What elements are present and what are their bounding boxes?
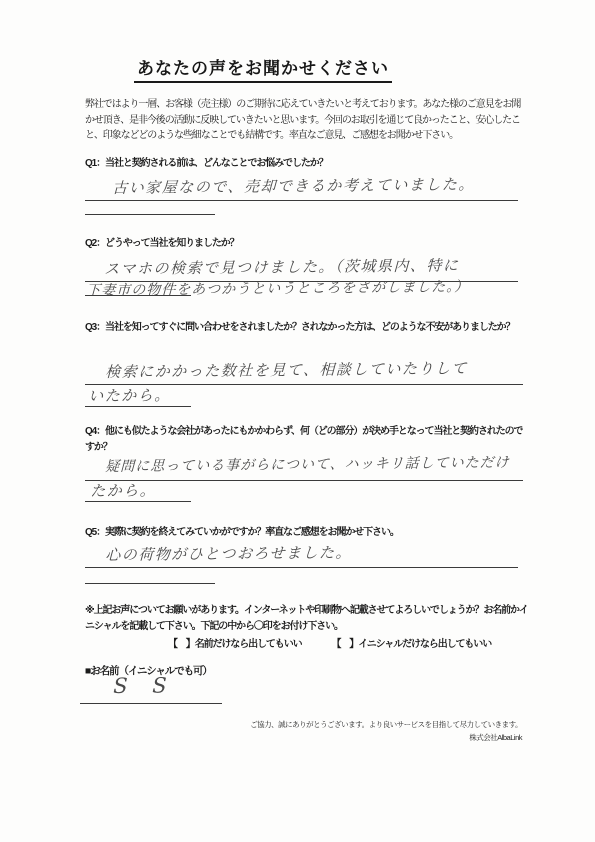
name-handwriting: S S <box>113 673 176 698</box>
answer-line <box>85 200 518 201</box>
question-label-q4: Q4：他にも似たような会社があったにもかかわらず、何（どの部分）が決め手となって… <box>85 424 529 455</box>
page-title: あなたの声をお聞かせください <box>134 54 392 83</box>
name-line <box>80 703 222 704</box>
intro-text: 弊社ではより一層、お客様（売主様）のご期待に応えていきたいと考えております。あな… <box>85 97 529 144</box>
footer-thanks: ご協力、誠にありがとうございます。より良いサービスを目指して尽力していきます。 <box>85 719 522 732</box>
permission-options: 【 】名前だけなら出してもいい 【 】イニシャルだけなら出してもいい <box>85 637 595 653</box>
q2-answer-handwriting-line2: 下妻市の物件をあつかうというところをさがしました。） <box>86 276 469 300</box>
answer-line <box>85 501 191 502</box>
q4-answer-handwriting-line1: 疑問に思っている事がらについて、ハッキリ話していただけ <box>105 452 510 476</box>
answer-line <box>85 406 191 407</box>
answer-line <box>85 295 191 296</box>
answer-line <box>85 583 215 584</box>
answer-line <box>85 567 518 568</box>
title-wrap: あなたの声をお聞かせください <box>85 54 441 83</box>
answer-line <box>85 214 215 215</box>
q2-answer-handwriting-line1: スマホの検索で見つけました。（茨城県内、特に <box>104 254 460 279</box>
q3-answer-handwriting-line1: 検索にかかった数社を見て、相談していたりして <box>105 357 468 382</box>
question-label-q3: Q3：当社を知ってすぐに問い合わせをされましたか？されなかった方は、どのような不… <box>85 320 529 336</box>
question-label-q1: Q1：当社と契約される前は、どんなことでお悩みでしたか？ <box>85 156 529 172</box>
q4-answer-handwriting-line2: たから。 <box>90 479 157 501</box>
footer: ご協力、誠にありがとうございます。より良いサービスを目指して尽力していきます。 … <box>85 719 522 744</box>
footer-company: 株式会社AlbaLink <box>85 732 522 745</box>
q3-answer-handwriting-line2: いたから。 <box>88 384 171 406</box>
survey-page: あなたの声をお聞かせください 弊社ではより一層、お客様（売主様）のご期待に応えて… <box>0 0 595 842</box>
question-label-q5: Q5：実際に契約を終えてみていかがですか？率直なご感想をお聞かせ下さい。 <box>85 525 529 541</box>
question-label-q2: Q2：どうやって当社を知りましたか？ <box>85 236 529 252</box>
permission-note: ※上記お声についてお願いがあります。インターネットや印刷物へ記載させてよろしいで… <box>85 603 529 634</box>
q5-answer-handwriting: 心の荷物がひとつおろせました。 <box>105 541 352 565</box>
q1-answer-handwriting: 古い家屋なので、売却できるか考えていました。 <box>112 173 475 198</box>
permission-option-name: 【 】名前だけなら出してもいい <box>168 637 302 653</box>
permission-option-initial: 【 】イニシャルだけなら出してもいい <box>332 637 492 653</box>
